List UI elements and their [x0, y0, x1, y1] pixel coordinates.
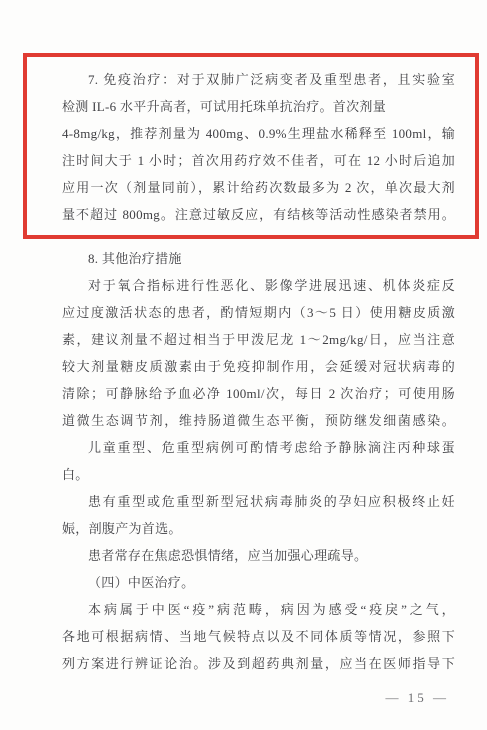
- text-line: 应过度激活状态的患者，酌情短期内（3～5 日）使用糖皮质激: [62, 299, 455, 326]
- document-page: 7. 免疫治疗：对于双肺广泛病变者及重型患者，且实验室 检测 IL-6 水平升高…: [0, 0, 487, 730]
- text-line: 量不超过 800mg。注意过敏反应，有结核等活动性感染者禁用。: [62, 201, 455, 228]
- text-line: 列方案进行辨证论治。涉及到超药典剂量，应当在医师指导下: [62, 650, 455, 677]
- text-line: 素，建议剂量不超过相当于甲泼尼龙 1～2mg/kg/日，应当注意: [62, 326, 455, 353]
- text-line: 本病属于中医“疫”病范畴，病因为感受“疫戾”之气，: [62, 596, 455, 623]
- text-line: 4-8mg/kg，推荐剂量为 400mg、0.9%生理盐水稀释至 100ml，输: [62, 120, 455, 147]
- highlight-box: 7. 免疫治疗：对于双肺广泛病变者及重型患者，且实验室 检测 IL-6 水平升高…: [23, 53, 479, 239]
- section-heading-tcm: （四）中医治疗。: [62, 569, 455, 596]
- text-line: 清除；可静脉给予血必净 100ml/次，每日 2 次治疗；可使用肠: [62, 380, 455, 407]
- text-line: 各地可根据病情、当地气候特点以及不同体质等情况，参照下: [62, 623, 455, 650]
- text-line: 较大剂量糖皮质激素由于免疫抑制作用，会延缓对冠状病毒的: [62, 353, 455, 380]
- text-line: 检测 IL-6 水平升高者，可试用托珠单抗治疗。首次剂量: [62, 93, 455, 120]
- page-number: — 15 —: [386, 690, 450, 706]
- text-line: 儿童重型、危重型病例可酌情考虑给予静脉滴注丙种球蛋: [62, 434, 455, 461]
- section-heading-other-measures: 8. 其他治疗措施: [62, 245, 455, 272]
- text-line: 患者常存在焦虑恐惧情绪，应当加强心理疏导。: [62, 542, 455, 569]
- text-line: 应用一次（剂量同前），累计给药次数最多为 2 次，单次最大剂: [62, 174, 455, 201]
- text-line: 道微生态调节剂，维持肠道微生态平衡，预防继发细菌感染。: [62, 407, 455, 434]
- text-line: 注时间大于 1 小时；首次用药疗效不佳者，可在 12 小时后追加: [62, 147, 455, 174]
- text-line: 白。: [62, 461, 455, 488]
- text-line: 对于氧合指标进行性恶化、影像学进展迅速、机体炎症反: [62, 272, 455, 299]
- text-line: 7. 免疫治疗：对于双肺广泛病变者及重型患者，且实验室: [62, 66, 455, 93]
- text-line: 娠，剖腹产为首选。: [62, 515, 455, 542]
- text-line: 患有重型或危重型新型冠状病毒肺炎的孕妇应积极终止妊: [62, 488, 455, 515]
- page-content: 7. 免疫治疗：对于双肺广泛病变者及重型患者，且实验室 检测 IL-6 水平升高…: [62, 53, 455, 677]
